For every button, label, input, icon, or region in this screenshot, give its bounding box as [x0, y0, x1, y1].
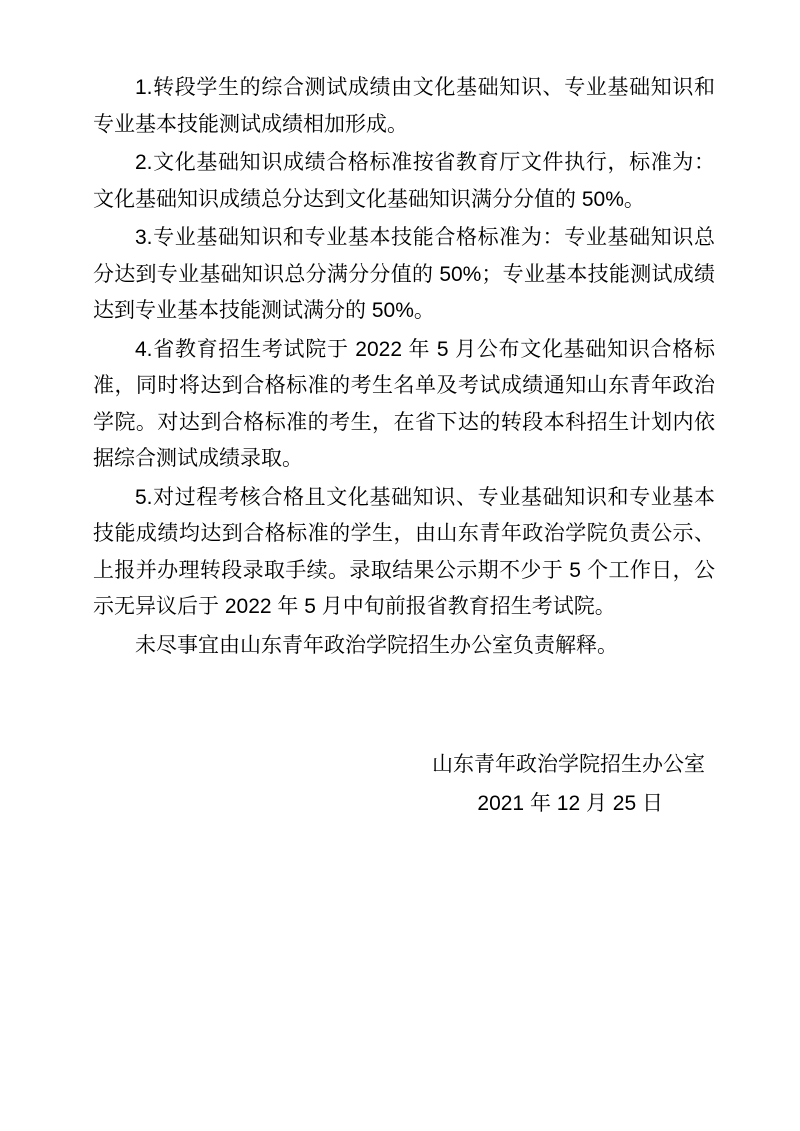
paragraph-1: 1.转段学生的综合测试成绩由文化基础知识、专业基础知识和专业基本技能测试成绩相加… — [93, 70, 715, 143]
document-page: 1.转段学生的综合测试成绩由文化基础知识、专业基础知识和专业基本技能测试成绩相加… — [0, 0, 800, 1131]
paragraph-closing: 未尽事宜由山东青年政治学院招生办公室负责解释。 — [93, 628, 715, 665]
paragraph-2: 2.文化基础知识成绩合格标准按省教育厅文件执行，标准为：文化基础知识成绩总分达到… — [93, 145, 715, 218]
signature-date: 2021 年 12 月 25 日 — [93, 784, 715, 823]
document-body: 1.转段学生的综合测试成绩由文化基础知识、专业基础知识和专业基本技能测试成绩相加… — [93, 70, 715, 666]
signature-organization: 山东青年政治学院招生办公室 — [93, 745, 715, 784]
signature-block: 山东青年政治学院招生办公室 2021 年 12 月 25 日 — [93, 745, 715, 823]
paragraph-3: 3.专业基础知识和专业基本技能合格标准为：专业基础知识总分达到专业基础知识总分满… — [93, 220, 715, 330]
paragraph-5: 5.对过程考核合格且文化基础知识、专业基础知识和专业基本技能成绩均达到合格标准的… — [93, 480, 715, 626]
paragraph-4: 4.省教育招生考试院于 2022 年 5 月公布文化基础知识合格标准，同时将达到… — [93, 332, 715, 478]
